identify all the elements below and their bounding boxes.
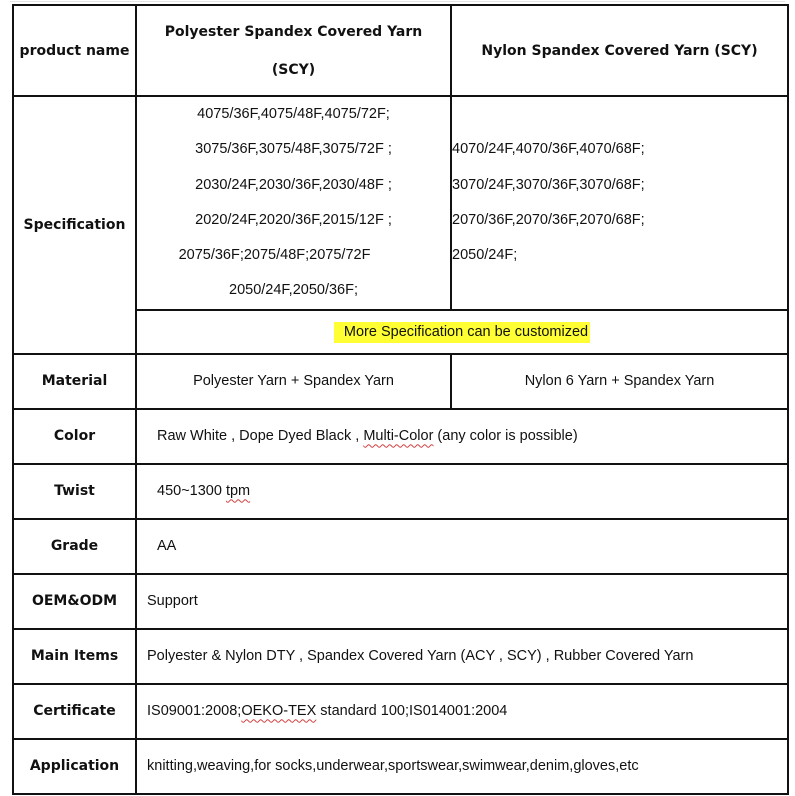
spec-item: 2020/24F,2020/36F,2015/12F ; — [137, 203, 450, 238]
color-row: Color Raw White , Dope Dyed Black , Mult… — [13, 409, 788, 464]
custom-spec-cell: More Specification can be customized — [136, 310, 788, 354]
polyester-title-line1: Polyester Spandex Covered Yarn — [137, 13, 450, 51]
main-items-label: Main Items — [13, 629, 136, 684]
nylon-title: Nylon Spandex Covered Yarn (SCY) — [451, 5, 788, 96]
spec-item: 3070/24F,3070/36F,3070/68F; — [452, 168, 787, 203]
grade-label: Grade — [13, 519, 136, 574]
spec-item: 4070/24F,4070/36F,4070/68F; — [452, 132, 787, 167]
spec-item: 2075/36F;2075/48F;2075/72F — [137, 238, 450, 273]
certificate-label: Certificate — [13, 684, 136, 739]
application-label: Application — [13, 739, 136, 794]
material-label: Material — [13, 354, 136, 409]
polyester-spec-cell: 4075/36F,4075/48F,4075/72F; 3075/36F,307… — [136, 96, 451, 310]
polyester-spec-list: 4075/36F,4075/48F,4075/72F; 3075/36F,307… — [137, 97, 450, 309]
spellcheck-flagged-word: OEKO-TEX — [241, 703, 316, 719]
polyester-title-cell: Polyester Spandex Covered Yarn (SCY) — [136, 5, 451, 96]
grade-row: Grade AA — [13, 519, 788, 574]
spec-item: 3075/36F,3075/48F,3075/72F ; — [137, 132, 450, 167]
color-text: Raw White , Dope Dyed Black , — [157, 428, 363, 444]
grade-value: AA — [136, 519, 788, 574]
custom-spec-note: More Specification can be customized — [334, 322, 590, 343]
spellcheck-flagged-word: tpm — [226, 483, 250, 499]
spec-item: 2050/24F,2050/36F; — [137, 273, 450, 308]
specification-row: Specification 4075/36F,4075/48F,4075/72F… — [13, 96, 788, 310]
product-name-label: product name — [13, 5, 136, 96]
application-row: Application knitting,weaving,for socks,u… — [13, 739, 788, 794]
twist-row: Twist 450~1300 tpm — [13, 464, 788, 519]
oem-label: OEM&ODM — [13, 574, 136, 629]
main-items-row: Main Items Polyester & Nylon DTY , Spand… — [13, 629, 788, 684]
polyester-material: Polyester Yarn + Spandex Yarn — [136, 354, 451, 409]
oem-row: OEM&ODM Support — [13, 574, 788, 629]
product-spec-table: product name Polyester Spandex Covered Y… — [12, 4, 789, 795]
color-text-suffix: (any color is possible) — [433, 428, 577, 444]
header-row: product name Polyester Spandex Covered Y… — [13, 5, 788, 96]
nylon-spec-cell: 4070/24F,4070/36F,4070/68F; 3070/24F,307… — [451, 96, 788, 310]
nylon-spec-list: 4070/24F,4070/36F,4070/68F; 3070/24F,307… — [452, 132, 787, 273]
twist-text: 450~1300 — [157, 483, 226, 499]
certificate-row: Certificate IS09001:2008;OEKO-TEX standa… — [13, 684, 788, 739]
main-items-value: Polyester & Nylon DTY , Spandex Covered … — [136, 629, 788, 684]
certificate-text-suffix: standard 100;IS014001:2004 — [316, 703, 507, 719]
top-rule — [10, 1, 785, 2]
specification-label: Specification — [13, 96, 136, 354]
polyester-title-line2: (SCY) — [137, 51, 450, 89]
twist-label: Twist — [13, 464, 136, 519]
spec-item: 2030/24F,2030/36F,2030/48F ; — [137, 168, 450, 203]
color-value: Raw White , Dope Dyed Black , Multi-Colo… — [136, 409, 788, 464]
nylon-material: Nylon 6 Yarn + Spandex Yarn — [451, 354, 788, 409]
spec-item: 4075/36F,4075/48F,4075/72F; — [137, 97, 450, 132]
twist-value: 450~1300 tpm — [136, 464, 788, 519]
certificate-value: IS09001:2008;OEKO-TEX standard 100;IS014… — [136, 684, 788, 739]
material-row: Material Polyester Yarn + Spandex Yarn N… — [13, 354, 788, 409]
spec-item: 2050/24F; — [452, 238, 787, 273]
oem-value: Support — [136, 574, 788, 629]
application-value: knitting,weaving,for socks,underwear,spo… — [136, 739, 788, 794]
color-label: Color — [13, 409, 136, 464]
spellcheck-flagged-word: Multi-Color — [363, 428, 433, 444]
certificate-text: IS09001:2008; — [147, 703, 241, 719]
spec-item: 2070/36F,2070/36F,2070/68F; — [452, 203, 787, 238]
